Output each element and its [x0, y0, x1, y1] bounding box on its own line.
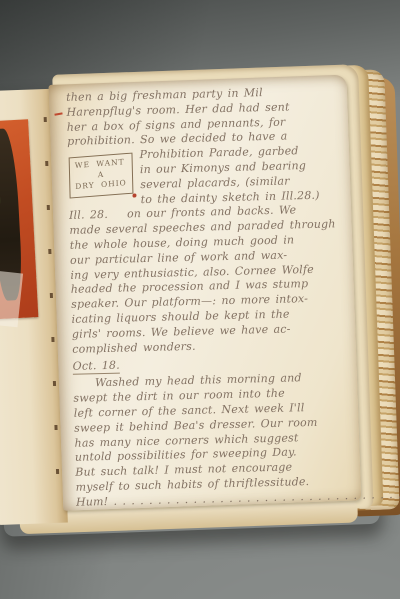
pasted-artwork-icon: [0, 119, 38, 319]
journal-book: then a big freshman party in Mil Harenpf…: [0, 61, 400, 531]
handwritten-text: then a big freshman party in Mil Harenpf…: [66, 84, 357, 509]
dry-ohio-placard-sketch: WE WANT A DRY OHIO: [69, 153, 134, 198]
journal-page: then a big freshman party in Mil Harenpf…: [49, 75, 362, 511]
tissue-overlay: [0, 270, 23, 327]
paragraph-with-placard-sketch: WE WANT A DRY OHIO Prohibition Parade, g…: [67, 143, 349, 209]
placard-column: WE WANT A DRY OHIO: [67, 148, 140, 209]
illustration-caption: Ill. 28.: [69, 208, 127, 224]
text-beside-placard: Prohibition Parade, garbed in our Kimony…: [139, 143, 349, 207]
entry-date-text: Oct. 18.: [73, 359, 121, 375]
placard-line: DRY OHIO: [75, 178, 127, 193]
red-dot-mark: [132, 193, 136, 197]
red-margin-mark: [54, 112, 62, 115]
photo-of-open-journal: then a big freshman party in Mil Harenpf…: [0, 0, 400, 599]
